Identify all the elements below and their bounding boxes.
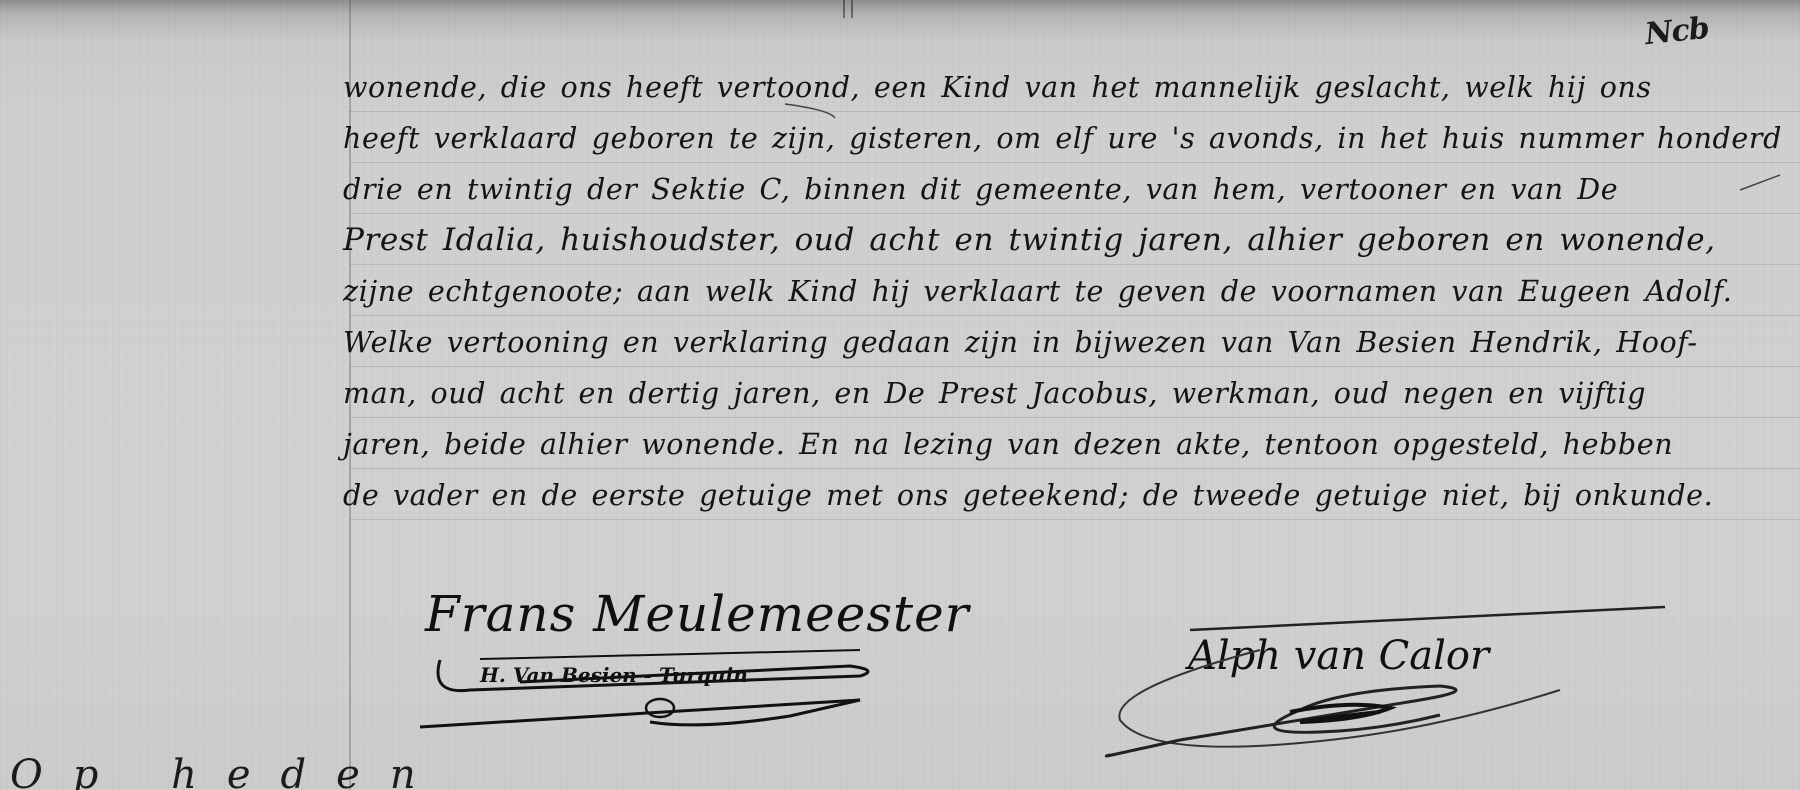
record-text: wonende, die ons heeft vertoond, een Kin… — [343, 62, 1793, 521]
signature-official: Alph van Calor — [1188, 633, 1489, 679]
document-scan: Ncb wonende, die ons heeft vertoond, een… — [0, 0, 1800, 790]
next-entry-fragment: Op heden — [10, 752, 446, 790]
fold-mark — [843, 0, 853, 18]
text-line-4: Prest Idalia, huishoudster, oud acht en … — [343, 215, 1793, 266]
text-line-1: wonende, die ons heeft vertoond, een Kin… — [343, 62, 1793, 113]
text-line-8: jaren, beide alhier wonende. En na lezin… — [343, 419, 1793, 470]
text-line-9: de vader en de eerste getuige met ons ge… — [343, 470, 1793, 521]
text-line-3: drie en twintig der Sektie C, binnen dit… — [343, 164, 1793, 215]
text-line-6: Welke vertooning en verklaring gedaan zi… — [343, 317, 1793, 368]
text-line-2: heeft verklaard geboren te zijn, gistere… — [343, 113, 1793, 164]
text-line-7: man, oud acht en dertig jaren, en De Pre… — [343, 368, 1793, 419]
signature-father: Frans Meulemeester — [425, 585, 970, 643]
folio-mark: Ncb — [1643, 11, 1710, 52]
signature-witness: H. Van Besien - Turquin — [480, 663, 748, 687]
text-line-5: zijne echtgenoote; aan welk Kind hij ver… — [343, 266, 1793, 317]
